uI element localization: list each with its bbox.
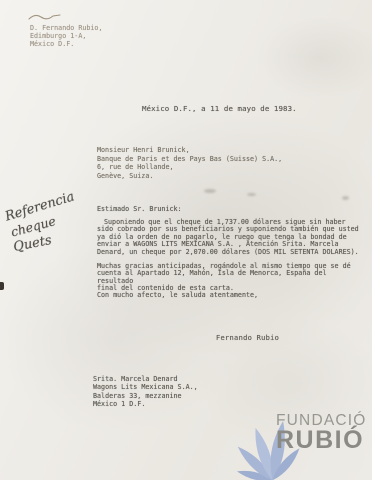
cc-line: Srita. Marcela Denard [93, 375, 198, 383]
ink-smudge [342, 196, 349, 200]
sender-letterhead: D. Fernando Rubio, Edimburgo 1-A, México… [30, 24, 102, 48]
recipient-line: 6, rue de Hollande, [97, 163, 282, 172]
letterhead-line: Edimburgo 1-A, [30, 32, 102, 40]
watermark-text: FUNDACIÓ RUBIÓ [276, 412, 367, 455]
scan-artifact-mark [0, 282, 4, 290]
cc-line: Balderas 33, mezzanine [93, 392, 198, 400]
ink-smudge [247, 193, 256, 196]
letterhead-line: México D.F. [30, 40, 102, 48]
scanned-letter-page: D. Fernando Rubio, Edimburgo 1-A, México… [0, 0, 372, 480]
recipient-address-block: Monsieur Henri Brunick, Banque de Paris … [97, 146, 282, 180]
ink-smudge [204, 189, 216, 193]
salutation-line: Estimado Sr. Brunick: [97, 205, 182, 213]
closing-line: Con mucho afecto, le saluda atentamente, [97, 291, 258, 299]
fundacio-rubio-watermark: FUNDACIÓ RUBIÓ [210, 388, 372, 480]
cc-line: Wagons Lits Mexicana S.A., [93, 383, 198, 391]
date-line: México D.F., a 11 de mayo de 1983. [142, 104, 297, 113]
body-paragraph-1: Suponiendo que el cheque de 1,737.00 dól… [97, 219, 359, 256]
letterhead-line: D. Fernando Rubio, [30, 24, 102, 32]
recipient-line: Monsieur Henri Brunick, [97, 146, 282, 155]
body-paragraph-2: Muchas gracias anticipadas, rogándole al… [97, 263, 359, 293]
cc-line: México 1 D.F. [93, 400, 198, 408]
recipient-line: Genève, Suiza. [97, 172, 282, 181]
watermark-org-name-bottom: RUBIÓ [276, 426, 367, 455]
pen-squiggle-mark [27, 9, 67, 23]
signature-name: Fernando Rubio [216, 334, 279, 342]
recipient-line: Banque de Paris et des Pays Bas (Suisse)… [97, 155, 282, 164]
cc-address-block: Srita. Marcela Denard Wagons Lits Mexica… [93, 375, 198, 408]
handwritten-margin-note: Referencia cheque Quets [3, 192, 84, 257]
